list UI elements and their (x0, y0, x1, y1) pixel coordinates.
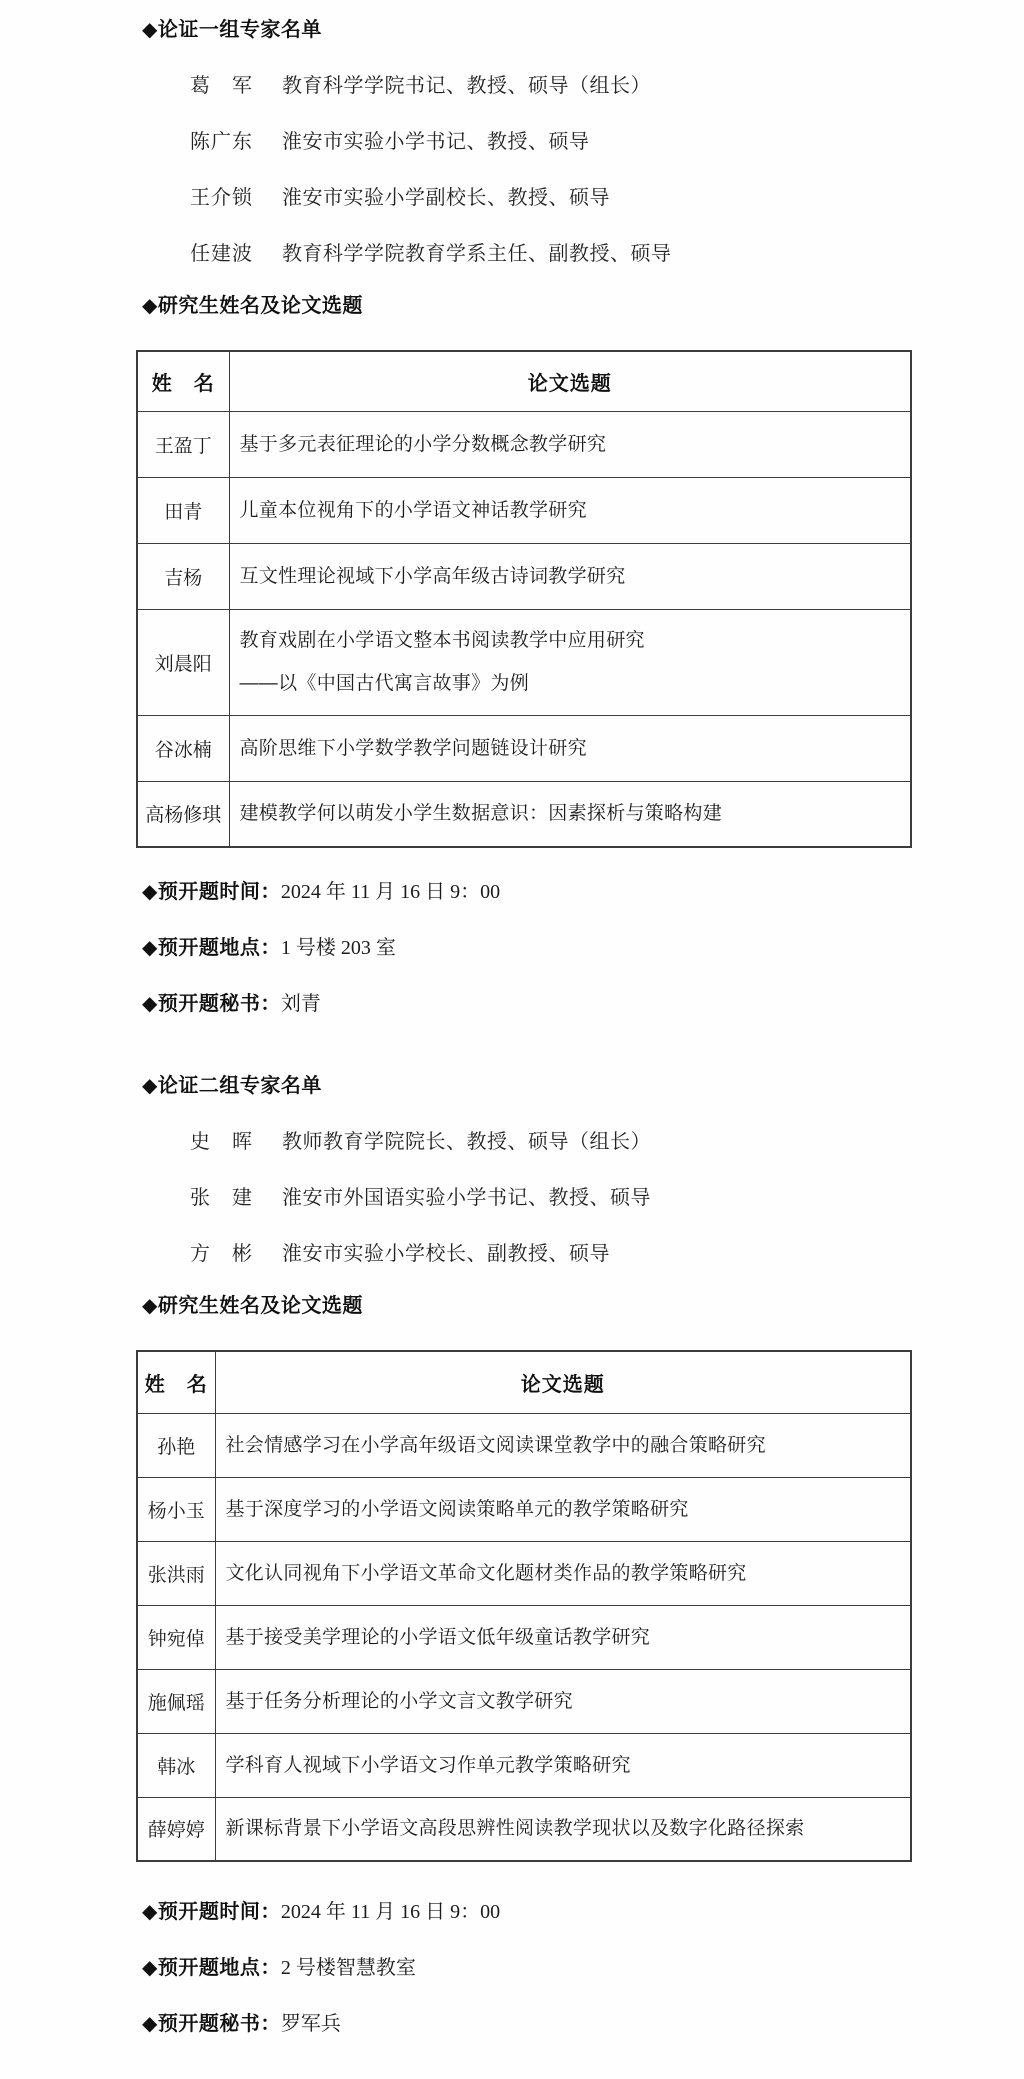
topic-cell: 建模教学何以萌发小学生数据意识：因素探析与策略构建 (229, 781, 911, 847)
topic-cell: 新课标背景下小学语文高段思辨性阅读教学现状以及数字化路径探索 (215, 1797, 911, 1861)
topic-cell: 基于深度学习的小学语文阅读策略单元的教学策略研究 (215, 1477, 911, 1541)
expert-name: 任建波 (190, 240, 282, 268)
expert-row: 史 晖 教师教育学院院长、教授、硕导（组长） (190, 1128, 1024, 1156)
name-column-header: 姓 名 (137, 1351, 215, 1413)
table-row: 施佩瑶 基于任务分析理论的小学文言文教学研究 (137, 1669, 911, 1733)
table-row: 吉杨 互文性理论视域下小学高年级古诗词教学研究 (137, 543, 911, 609)
expert-name: 王介锁 (190, 184, 282, 212)
expert-row: 方 彬 淮安市实验小学校长、副教授、硕导 (190, 1240, 1024, 1268)
topic-column-header: 论文选题 (229, 351, 911, 411)
expert-row: 王介锁 淮安市实验小学副校长、教授、硕导 (190, 184, 1024, 212)
table-row: 孙艳 社会情感学习在小学高年级语文阅读课堂教学中的融合策略研究 (137, 1413, 911, 1477)
student-name-cell: 孙艳 (137, 1413, 215, 1477)
student-name-cell: 高杨修琪 (137, 781, 229, 847)
table-body: 孙艳 社会情感学习在小学高年级语文阅读课堂教学中的融合策略研究 杨小玉 基于深度… (137, 1413, 911, 1861)
group2-students-heading: ◆研究生姓名及论文选题 (142, 1292, 1024, 1320)
group2-experts-heading: ◆论证二组专家名单 (142, 1072, 1024, 1100)
topic-cell: 社会情感学习在小学高年级语文阅读课堂教学中的融合策略研究 (215, 1413, 911, 1477)
topic-line1: 教育戏剧在小学语文整本书阅读教学中应用研究 (240, 627, 903, 654)
expert-row: 陈广东 淮安市实验小学书记、教授、硕导 (190, 128, 1024, 156)
expert-name: 陈广东 (190, 128, 282, 156)
meta-secretary-row: ◆预开题秘书：刘青 (142, 990, 1024, 1018)
meta-time-value: 2024 年 11 月 16 日 9：00 (281, 881, 500, 903)
topic-cell: 高阶思维下小学数学教学问题链设计研究 (229, 715, 911, 781)
meta-time-value: 2024 年 11 月 16 日 9：00 (281, 1901, 500, 1923)
table-head: 姓 名 论文选题 (137, 351, 911, 411)
expert-row: 张 建 淮安市外国语实验小学书记、教授、硕导 (190, 1184, 1024, 1212)
section-group-2: ◆论证二组专家名单 史 晖 教师教育学院院长、教授、硕导（组长） 张 建 淮安市… (0, 1072, 1024, 2038)
meta-time-label: ◆预开题时间： (142, 1901, 281, 1923)
student-name-cell: 韩冰 (137, 1733, 215, 1797)
student-name-cell: 施佩瑶 (137, 1669, 215, 1733)
meta-secretary-value: 罗军兵 (281, 2013, 341, 2035)
expert-name: 方 彬 (190, 1240, 282, 1268)
expert-row: 葛 军 教育科学学院书记、教授、硕导（组长） (190, 72, 1024, 100)
table-row: 田青 儿童本位视角下的小学语文神话教学研究 (137, 477, 911, 543)
expert-title: 教师教育学院院长、教授、硕导（组长） (282, 1128, 651, 1156)
name-column-header: 姓 名 (137, 351, 229, 411)
expert-title: 教育科学学院书记、教授、硕导（组长） (282, 72, 651, 100)
topic-cell: 教育戏剧在小学语文整本书阅读教学中应用研究 ——以《中国古代寓言故事》为例 (229, 609, 911, 715)
meta-place-value: 2 号楼智慧教室 (281, 1957, 416, 1979)
expert-name: 史 晖 (190, 1128, 282, 1156)
table-row: 王盈丁 基于多元表征理论的小学分数概念教学研究 (137, 411, 911, 477)
table-row: 刘晨阳 教育戏剧在小学语文整本书阅读教学中应用研究 ——以《中国古代寓言故事》为… (137, 609, 911, 715)
thesis-table-group2: 姓 名 论文选题 孙艳 社会情感学习在小学高年级语文阅读课堂教学中的融合策略研究… (136, 1350, 912, 1862)
meta-place-row: ◆预开题地点：1 号楼 203 室 (142, 934, 1024, 962)
topic-cell: 互文性理论视域下小学高年级古诗词教学研究 (229, 543, 911, 609)
meta-time-row: ◆预开题时间：2024 年 11 月 16 日 9：00 (142, 878, 1024, 906)
meta-place-label: ◆预开题地点： (142, 937, 281, 959)
student-name-cell: 田青 (137, 477, 229, 543)
meta-secretary-label: ◆预开题秘书： (142, 2013, 281, 2035)
meta-secretary-value: 刘青 (281, 993, 321, 1015)
header-row: 姓 名 论文选题 (137, 351, 911, 411)
thesis-table-group1: 姓 名 论文选题 王盈丁 基于多元表征理论的小学分数概念教学研究 田青 儿童本位… (136, 350, 912, 848)
meta-time-label: ◆预开题时间： (142, 881, 281, 903)
topic-cell: 学科育人视域下小学语文习作单元教学策略研究 (215, 1733, 911, 1797)
header-row: 姓 名 论文选题 (137, 1351, 911, 1413)
table-row: 杨小玉 基于深度学习的小学语文阅读策略单元的教学策略研究 (137, 1477, 911, 1541)
section-group-1: ◆论证一组专家名单 葛 军 教育科学学院书记、教授、硕导（组长） 陈广东 淮安市… (0, 16, 1024, 1018)
expert-title: 教育科学学院教育学系主任、副教授、硕导 (282, 240, 672, 268)
table-row: 高杨修琪 建模教学何以萌发小学生数据意识：因素探析与策略构建 (137, 781, 911, 847)
student-name-cell: 谷冰楠 (137, 715, 229, 781)
topic-line2: ——以《中国古代寓言故事》为例 (240, 670, 903, 697)
expert-title: 淮安市实验小学书记、教授、硕导 (282, 128, 590, 156)
student-name-cell: 王盈丁 (137, 411, 229, 477)
topic-cell: 基于任务分析理论的小学文言文教学研究 (215, 1669, 911, 1733)
expert-title: 淮安市外国语实验小学书记、教授、硕导 (282, 1184, 651, 1212)
student-name-cell: 刘晨阳 (137, 609, 229, 715)
topic-cell: 基于多元表征理论的小学分数概念教学研究 (229, 411, 911, 477)
meta-secretary-label: ◆预开题秘书： (142, 993, 281, 1015)
table-row: 韩冰 学科育人视域下小学语文习作单元教学策略研究 (137, 1733, 911, 1797)
document-page: ◆论证一组专家名单 葛 军 教育科学学院书记、教授、硕导（组长） 陈广东 淮安市… (0, 0, 1024, 2079)
table-row: 张洪雨 文化认同视角下小学语文革命文化题材类作品的教学策略研究 (137, 1541, 911, 1605)
table-row: 谷冰楠 高阶思维下小学数学教学问题链设计研究 (137, 715, 911, 781)
student-name-cell: 薛婷婷 (137, 1797, 215, 1861)
topic-column-header: 论文选题 (215, 1351, 911, 1413)
topic-cell: 基于接受美学理论的小学语文低年级童话教学研究 (215, 1605, 911, 1669)
meta-place-value: 1 号楼 203 室 (281, 937, 396, 959)
student-name-cell: 钟宛倬 (137, 1605, 215, 1669)
meta-time-row: ◆预开题时间：2024 年 11 月 16 日 9：00 (142, 1898, 1024, 1926)
student-name-cell: 张洪雨 (137, 1541, 215, 1605)
table-row: 钟宛倬 基于接受美学理论的小学语文低年级童话教学研究 (137, 1605, 911, 1669)
meta-secretary-row: ◆预开题秘书：罗军兵 (142, 2010, 1024, 2038)
group1-students-heading: ◆研究生姓名及论文选题 (142, 292, 1024, 320)
group1-experts-heading: ◆论证一组专家名单 (142, 16, 1024, 44)
expert-title: 淮安市实验小学副校长、教授、硕导 (282, 184, 610, 212)
student-name-cell: 杨小玉 (137, 1477, 215, 1541)
table-head: 姓 名 论文选题 (137, 1351, 911, 1413)
meta-place-row: ◆预开题地点：2 号楼智慧教室 (142, 1954, 1024, 1982)
table-row: 薛婷婷 新课标背景下小学语文高段思辨性阅读教学现状以及数字化路径探索 (137, 1797, 911, 1861)
expert-row: 任建波 教育科学学院教育学系主任、副教授、硕导 (190, 240, 1024, 268)
topic-cell: 儿童本位视角下的小学语文神话教学研究 (229, 477, 911, 543)
student-name-cell: 吉杨 (137, 543, 229, 609)
expert-name: 葛 军 (190, 72, 282, 100)
expert-name: 张 建 (190, 1184, 282, 1212)
meta-place-label: ◆预开题地点： (142, 1957, 281, 1979)
topic-cell: 文化认同视角下小学语文革命文化题材类作品的教学策略研究 (215, 1541, 911, 1605)
expert-title: 淮安市实验小学校长、副教授、硕导 (282, 1240, 610, 1268)
table-body: 王盈丁 基于多元表征理论的小学分数概念教学研究 田青 儿童本位视角下的小学语文神… (137, 411, 911, 847)
